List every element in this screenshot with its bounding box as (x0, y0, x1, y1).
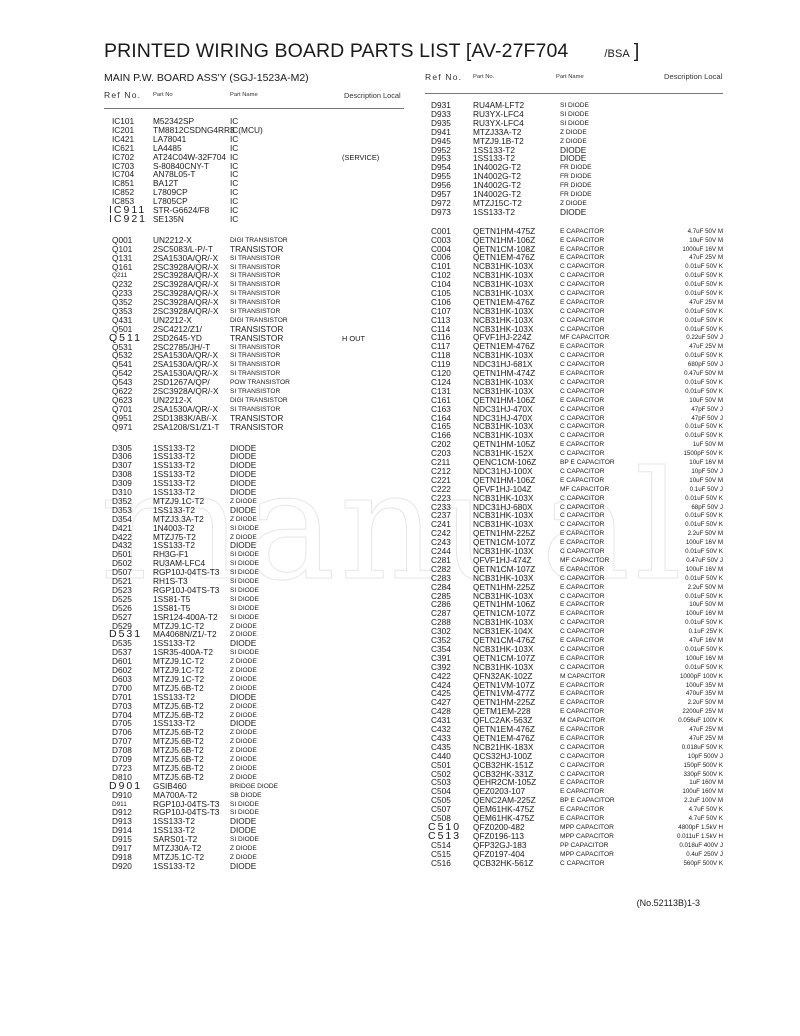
cell-local: 0.01uF 50V K (685, 262, 723, 271)
cell-name: E CAPACITOR (560, 565, 604, 574)
cell-local: 47uF 16V M (689, 636, 723, 645)
cell-name: E CAPACITOR (560, 698, 604, 707)
cell-local: 0.01uF 50V K (685, 307, 723, 316)
title-text: PRINTED WIRING BOARD PARTS LIST [AV-27F7… (104, 40, 568, 62)
cell-name: DIODE (560, 208, 586, 217)
cell-local: 0.01uF 50V K (685, 494, 723, 503)
cell-name: C CAPACITOR (560, 520, 604, 529)
cell-local: 0.01uF 50V K (685, 316, 723, 325)
cell-ref: D910 (112, 791, 132, 800)
cell-name: E CAPACITOR (560, 538, 604, 547)
cell-name: SI DIODE (230, 648, 259, 657)
cell-name: SI TRANSISTOR (230, 271, 280, 280)
cell-local: 0.01uF 50V K (685, 618, 723, 627)
cell-name: C CAPACITOR (560, 494, 604, 503)
cell-local: 1000pF 100V K (680, 672, 723, 681)
cell-name: C CAPACITOR (560, 271, 604, 280)
cell-name: SI TRANSISTOR (230, 307, 280, 316)
cell-name: C CAPACITOR (560, 467, 604, 476)
cell-local: 47uF 25V M (689, 298, 723, 307)
cell-local: 0.47uF 50V M (684, 369, 723, 378)
cell-local: 47uF 25V M (689, 253, 723, 262)
cell-name: FR DIODE (560, 163, 592, 172)
cell-name: E CAPACITOR (560, 734, 604, 743)
cell-local: 47pF 50V J (691, 405, 723, 414)
cell-name: E CAPACITOR (560, 636, 604, 645)
left-header-rule (104, 108, 404, 109)
page-title: PRINTED WIRING BOARD PARTS LIST [AV-27F7… (104, 40, 639, 63)
cell-name: C CAPACITOR (560, 645, 604, 654)
cell-ref: D920 (112, 862, 132, 871)
cell-local: 4800pF 1.5kV H (678, 823, 723, 832)
cell-name: C CAPACITOR (560, 618, 604, 627)
cell-name: DIODE (230, 488, 256, 497)
cell-local: 2.2uF 50V M (688, 529, 723, 538)
cell-part: SE135N (153, 215, 184, 224)
cell-local: 100uF 160V M (682, 787, 723, 796)
cell-local: 1uF 160V M (689, 778, 723, 787)
cell-name: MF CAPACITOR (560, 333, 609, 342)
cell-name: MF CAPACITOR (560, 556, 609, 565)
cell-name: E CAPACITOR (560, 236, 604, 245)
cell-local: 0.056uF 100V K (678, 716, 723, 725)
cell-name: SI DIODE (230, 835, 259, 844)
cell-local: 10uF 50V M (689, 396, 723, 405)
cell-local: 0.01uF 50V K (685, 280, 723, 289)
cell-local: 10pF 50V J (691, 467, 723, 476)
cell-name: SI DIODE (560, 101, 589, 110)
cell-local: 0.01uF 50V K (685, 645, 723, 654)
cell-desc: H OUT (342, 334, 365, 343)
cell-local: 47uF 25V M (689, 725, 723, 734)
cell-name: Z DIODE (230, 702, 257, 711)
cell-name: C CAPACITOR (560, 449, 604, 458)
cell-name: SI TRANSISTOR (230, 387, 280, 396)
cell-local: 2.2uF 50V M (688, 583, 723, 592)
cell-name: TRANSISTOR (230, 423, 283, 432)
cell-name: Z DIODE (230, 675, 257, 684)
cell-name: Z DIODE (230, 515, 257, 524)
cell-name: E CAPACITOR (560, 805, 604, 814)
cell-name: SI TRANSISTOR (230, 351, 280, 360)
cell-name: E CAPACITOR (560, 369, 604, 378)
cell-ref: D973 (431, 208, 451, 217)
cell-name: PP CAPACITOR (560, 841, 608, 850)
cell-name: DIODE (230, 639, 256, 648)
cell-name: POW TRANSISTOR (230, 378, 290, 387)
cell-local: 470uF 35V M (686, 689, 723, 698)
cell-local: 10uF 16V M (689, 458, 723, 467)
right-header-rule (425, 93, 723, 94)
cell-name: DIODE (230, 719, 256, 728)
cell-name: DIODE (230, 826, 256, 835)
cell-name: FR DIODE (560, 181, 592, 190)
cell-name: C CAPACITOR (560, 743, 604, 752)
cell-name: SI DIODE (230, 586, 259, 595)
cell-name: SI DIODE (230, 559, 259, 568)
cell-name: C CAPACITOR (560, 316, 604, 325)
cell-name: Z DIODE (230, 844, 257, 853)
cell-name: Z DIODE (230, 737, 257, 746)
cell-name: SI TRANSISTOR (230, 280, 280, 289)
cell-name: C CAPACITOR (560, 761, 604, 770)
cell-name: SI DIODE (230, 604, 259, 613)
cell-name: E CAPACITOR (560, 787, 604, 796)
cell-name: MF CAPACITOR (560, 485, 609, 494)
cell-name: TRANSISTOR (230, 245, 283, 254)
cell-name: SI TRANSISTOR (230, 289, 280, 298)
cell-local: 0.1uF 50V J (690, 485, 723, 494)
cell-local: 4.7uF 50V M (688, 227, 723, 236)
cell-name: SI DIODE (230, 524, 259, 533)
cell-name: BRIDGE DIODE (230, 782, 278, 791)
cell-name: E CAPACITOR (560, 253, 604, 262)
cell-name: SI TRANSISTOR (230, 360, 280, 369)
cell-name: C CAPACITOR (560, 663, 604, 672)
title-suffix: /BSA (604, 48, 629, 60)
cell-local: 0.01uF 50V K (685, 520, 723, 529)
cell-name: C CAPACITOR (560, 289, 604, 298)
cell-name: SI DIODE (230, 595, 259, 604)
cell-name: E CAPACITOR (560, 725, 604, 734)
cell-name: C CAPACITOR (560, 511, 604, 520)
cell-local: 0.01uF 50V K (685, 289, 723, 298)
cell-local: 0.01uF 50V K (685, 387, 723, 396)
cell-local: 560pF 500V K (683, 859, 723, 868)
cell-name: C CAPACITOR (560, 387, 604, 396)
cell-name: Z DIODE (230, 728, 257, 737)
cell-local: 0.011uF 1.5kV H (677, 832, 723, 841)
cell-name: C CAPACITOR (560, 360, 604, 369)
cell-name: C CAPACITOR (560, 431, 604, 440)
cell-local: 2.2uF 50V M (688, 698, 723, 707)
cell-name: Z DIODE (230, 755, 257, 764)
cell-name: DIODE (230, 541, 256, 550)
page-number: (No.52113B)1-3 (637, 898, 700, 908)
cell-local: 4.7uF 50V K (689, 805, 723, 814)
cell-name: C CAPACITOR (560, 351, 604, 360)
right-header-ref: Ref No. (425, 72, 462, 82)
cell-local: 0.1uF 25V K (689, 627, 723, 636)
cell-local: 47uF 25V M (689, 342, 723, 351)
cell-name: DIODE (230, 693, 256, 702)
cell-name: E CAPACITOR (560, 778, 604, 787)
cell-local: 0.01uF 50V K (685, 351, 723, 360)
cell-local: 150pF 500V K (683, 761, 723, 770)
cell-local: 10uF 50V M (689, 600, 723, 609)
cell-part: 1SS133-T2 (153, 862, 195, 871)
cell-name: C CAPACITOR (560, 422, 604, 431)
cell-name: E CAPACITOR (560, 689, 604, 698)
cell-name: SI TRANSISTOR (230, 369, 280, 378)
cell-local: 1uF 50V M (693, 440, 723, 449)
cell-name: DIODE (230, 506, 256, 515)
cell-name: TRANSISTOR (230, 334, 283, 343)
cell-name: E CAPACITOR (560, 707, 604, 716)
cell-local: 10uF 50V M (689, 236, 723, 245)
cell-part: 2SA1208/S1/Z1-T (153, 423, 219, 432)
cell-name: Z DIODE (230, 764, 257, 773)
cell-name: FR DIODE (560, 172, 592, 181)
cell-local: 0.01uF 50V K (685, 511, 723, 520)
cell-name: SI DIODE (230, 613, 259, 622)
cell-local: 10uF 50V M (689, 476, 723, 485)
cell-local: 680pF 50V J (688, 360, 723, 369)
cell-name: Z DIODE (230, 746, 257, 755)
cell-name: DIODE (560, 154, 586, 163)
cell-name: Z DIODE (230, 773, 257, 782)
cell-name: IC (230, 215, 238, 224)
cell-local: 0.018uF 400V J (679, 841, 723, 850)
cell-name: E CAPACITOR (560, 476, 604, 485)
cell-local: 0.01uF 50V K (685, 663, 723, 672)
cell-name: E CAPACITOR (560, 396, 604, 405)
cell-name: DIODE (230, 862, 256, 871)
cell-local: 0.01uF 50V K (685, 431, 723, 440)
cell-local: 100uF 16V M (686, 609, 723, 618)
cell-name: C CAPACITOR (560, 307, 604, 316)
cell-local: 0.01uF 50V K (685, 378, 723, 387)
cell-local: 100uF 16V M (686, 565, 723, 574)
cell-name: C CAPACITOR (560, 405, 604, 414)
cell-name: SI DIODE (560, 119, 589, 128)
cell-local: 100uF 16V M (686, 654, 723, 663)
cell-name: Z DIODE (560, 128, 587, 137)
cell-local: 47uF 25V M (689, 734, 723, 743)
cell-name: SI DIODE (560, 110, 589, 119)
cell-name: SI DIODE (230, 550, 259, 559)
cell-local: 100uF 16V M (686, 538, 723, 547)
left-header-ref: Ref No. (104, 90, 141, 100)
cell-local: 10pF 500V J (688, 752, 723, 761)
cell-local: 0.01uF 50V K (685, 271, 723, 280)
cell-name: C CAPACITOR (560, 752, 604, 761)
assembly-heading: MAIN P.W. BOARD ASS'Y (SGJ-1523A-M2) (104, 72, 309, 84)
cell-name: C CAPACITOR (560, 627, 604, 636)
right-header-part: Part No. (473, 74, 494, 80)
cell-name: M CAPACITOR (560, 716, 605, 725)
cell-name: E CAPACITOR (560, 342, 604, 351)
cell-name: E CAPACITOR (560, 529, 604, 538)
cell-ref: C516 (431, 859, 451, 868)
right-header-desc: Description Local (664, 72, 722, 81)
cell-name: C CAPACITOR (560, 280, 604, 289)
cell-desc: (SERVICE) (342, 153, 379, 162)
cell-name: E CAPACITOR (560, 609, 604, 618)
cell-local: 2200uF 25V M (682, 707, 723, 716)
cell-name: MPP CAPACITOR (560, 832, 614, 841)
cell-local: 4.7uF 50V K (689, 814, 723, 823)
cell-name: E CAPACITOR (560, 583, 604, 592)
cell-name: SB DIODE (230, 791, 262, 800)
cell-name: SI TRANSISTOR (230, 254, 280, 263)
cell-name: E CAPACITOR (560, 227, 604, 236)
cell-part: QCB32HK-561Z (473, 859, 533, 868)
cell-name: Z DIODE (230, 657, 257, 666)
cell-name: DIGI TRANSISTOR (230, 396, 288, 405)
cell-ref: Q971 (112, 423, 132, 432)
cell-local: 0.01uF 50V K (685, 547, 723, 556)
cell-name: BP E CAPACITOR (560, 458, 615, 467)
right-header-name: Part Name (556, 74, 584, 80)
cell-name: BP E CAPACITOR (560, 796, 615, 805)
cell-name: SI DIODE (230, 577, 259, 586)
cell-name: Z DIODE (230, 666, 257, 675)
cell-name: C CAPACITOR (560, 574, 604, 583)
left-header-name: Part Name (230, 92, 258, 98)
cell-ref: IC921 (109, 215, 147, 224)
title-close: ] (634, 40, 640, 62)
cell-local: 1500pF 50V K (683, 449, 723, 458)
cell-name: SI DIODE (230, 568, 259, 577)
cell-name: SI TRANSISTOR (230, 298, 280, 307)
cell-local: 2.2uF 100V M (684, 796, 723, 805)
cell-local: 0.22uF 50V J (686, 333, 723, 342)
left-header-desc: Description Local (344, 91, 401, 100)
cell-local: 0.018uF 50V K (682, 743, 723, 752)
cell-name: FR DIODE (560, 190, 592, 199)
cell-name: C CAPACITOR (560, 859, 604, 868)
cell-name: C CAPACITOR (560, 378, 604, 387)
cell-part: 1SS133-T2 (473, 208, 515, 217)
cell-local: 0.4uF 250V J (686, 850, 723, 859)
cell-name: E CAPACITOR (560, 298, 604, 307)
cell-name: E CAPACITOR (560, 600, 604, 609)
cell-local: 0.01uF 50V K (685, 574, 723, 583)
cell-name: C CAPACITOR (560, 547, 604, 556)
left-header-part: Part No (153, 92, 173, 98)
cell-name: E CAPACITOR (560, 654, 604, 663)
cell-name: C CAPACITOR (560, 262, 604, 271)
cell-name: M CAPACITOR (560, 672, 605, 681)
cell-local: 0.01uF 50V K (685, 422, 723, 431)
cell-local: 0.47uF 50V J (686, 556, 723, 565)
cell-name: E CAPACITOR (560, 814, 604, 823)
cell-name: MPP CAPACITOR (560, 850, 614, 859)
cell-name: MPP CAPACITOR (560, 823, 614, 832)
cell-name: E CAPACITOR (560, 440, 604, 449)
